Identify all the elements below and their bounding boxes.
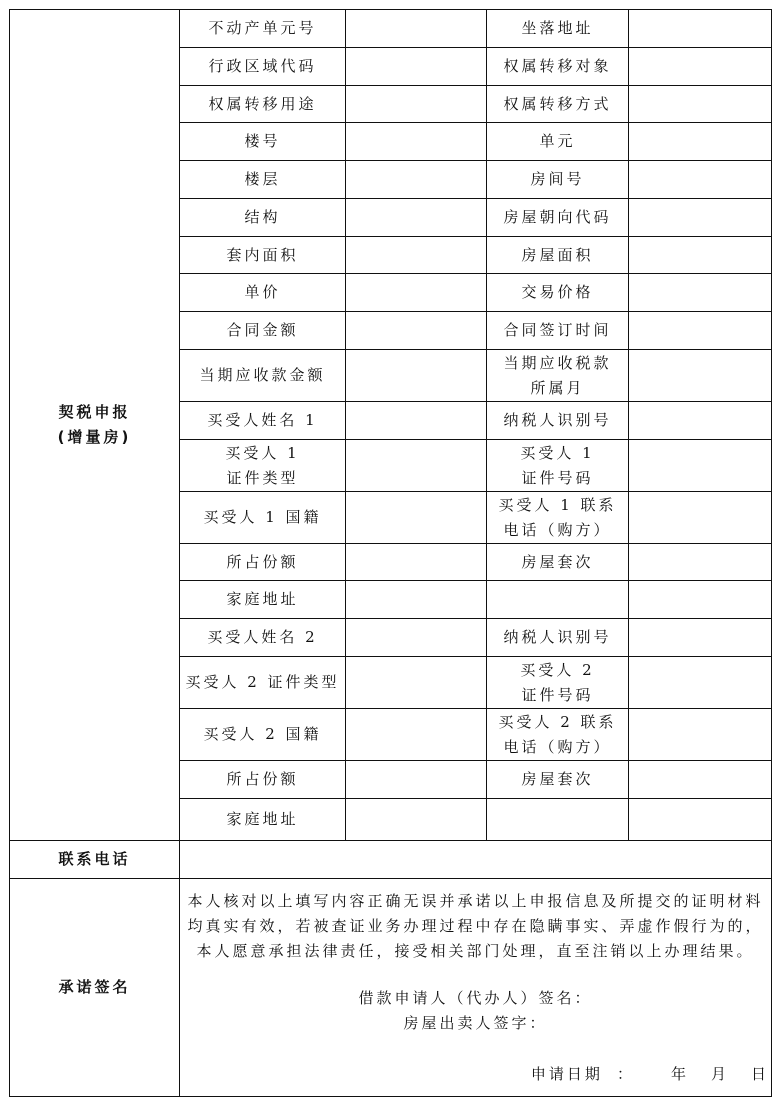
label-text: 楼号 xyxy=(244,132,280,150)
field-input-left[interactable] xyxy=(346,350,487,402)
field-label-left: 家庭地址 xyxy=(180,581,346,619)
field-label-right: 买受人 1 联系电话（购方） xyxy=(487,492,629,544)
field-input-left[interactable] xyxy=(346,799,487,841)
contact-phone-input[interactable] xyxy=(180,841,772,879)
field-input-left[interactable] xyxy=(346,440,487,492)
field-input-left[interactable] xyxy=(346,10,487,48)
field-input-left[interactable] xyxy=(346,161,487,199)
field-label-right: 权属转移对象 xyxy=(487,48,629,86)
field-input-left[interactable] xyxy=(346,581,487,619)
seller-signature-field[interactable]: 房屋出卖人签字： xyxy=(180,1011,771,1036)
pledge-content: 本人核对以上填写内容正确无误并承诺以上申报信息及所提交的证明材料均真实有效，若被… xyxy=(180,879,772,1097)
field-input-right[interactable] xyxy=(629,199,772,237)
year-label: 年 xyxy=(671,1062,689,1087)
field-label-right: 合同签订时间 xyxy=(487,312,629,350)
applicant-signature-field[interactable]: 借款申请人（代办人）签名： xyxy=(180,986,771,1011)
contact-phone-label-text: 联系电话 xyxy=(58,850,130,868)
field-input-left[interactable] xyxy=(346,619,487,657)
label-text: 不动产单元号 xyxy=(208,19,316,37)
field-label-right: 纳税人识别号 xyxy=(487,402,629,440)
field-input-left[interactable] xyxy=(346,709,487,761)
field-input-right[interactable] xyxy=(629,619,772,657)
field-label-right: 坐落地址 xyxy=(487,10,629,48)
contact-row: 联系电话 xyxy=(10,841,772,879)
field-label-right: 房间号 xyxy=(487,161,629,199)
field-label-left: 家庭地址 xyxy=(180,799,346,841)
label-text: 权属转移方式 xyxy=(503,95,611,113)
label-text: 行政区域代码 xyxy=(208,57,316,75)
label-text-line1: 买受人 1 联系 xyxy=(487,493,628,518)
field-input-right[interactable] xyxy=(629,161,772,199)
field-input-left[interactable] xyxy=(346,312,487,350)
label-text: 买受人姓名 2 xyxy=(207,628,317,646)
label-text: 合同签订时间 xyxy=(503,321,611,339)
field-label-right xyxy=(487,581,629,619)
label-text-line2: 证件号码 xyxy=(487,683,628,708)
field-input-right[interactable] xyxy=(629,350,772,402)
section-title-line1: 契税申报 xyxy=(10,400,179,425)
label-text-line1: 买受人 2 联系 xyxy=(487,710,628,735)
field-label-left: 当期应收款金额 xyxy=(180,350,346,402)
field-label-left: 所占份额 xyxy=(180,544,346,581)
field-input-right[interactable] xyxy=(629,312,772,350)
field-label-right: 买受人 2证件号码 xyxy=(487,657,629,709)
field-input-left[interactable] xyxy=(346,199,487,237)
label-text: 坐落地址 xyxy=(521,19,593,37)
label-text: 交易价格 xyxy=(521,283,593,301)
label-text: 房屋面积 xyxy=(521,246,593,264)
field-label-right: 房屋套次 xyxy=(487,761,629,799)
pledge-row: 承诺签名本人核对以上填写内容正确无误并承诺以上申报信息及所提交的证明材料均真实有… xyxy=(10,879,772,1097)
label-text: 家庭地址 xyxy=(226,590,298,608)
field-input-left[interactable] xyxy=(346,761,487,799)
field-label-left: 单价 xyxy=(180,274,346,312)
label-text-line1: 买受人 2 xyxy=(487,658,628,683)
section-deed-tax: 契税申报(增量房) xyxy=(10,10,180,841)
application-date[interactable]: 申请日期：年月日 xyxy=(180,1062,771,1087)
field-input-right[interactable] xyxy=(629,86,772,123)
month-label: 月 xyxy=(711,1062,729,1087)
field-input-right[interactable] xyxy=(629,761,772,799)
field-input-left[interactable] xyxy=(346,48,487,86)
label-text: 合同金额 xyxy=(226,321,298,339)
label-text: 楼层 xyxy=(244,170,280,188)
label-text: 单价 xyxy=(244,283,280,301)
date-colon: ： xyxy=(617,1062,635,1087)
field-label-left: 买受人 2 证件类型 xyxy=(180,657,346,709)
label-text: 买受人 2 证件类型 xyxy=(185,673,339,691)
field-input-right[interactable] xyxy=(629,657,772,709)
field-input-right[interactable] xyxy=(629,402,772,440)
label-text-line1: 买受人 1 xyxy=(487,441,628,466)
field-input-right[interactable] xyxy=(629,123,772,161)
field-input-left[interactable] xyxy=(346,237,487,274)
field-input-left[interactable] xyxy=(346,402,487,440)
field-label-left: 楼层 xyxy=(180,161,346,199)
form-row: 契税申报(增量房)不动产单元号坐落地址 xyxy=(10,10,772,48)
label-text: 套内面积 xyxy=(226,246,298,264)
field-input-left[interactable] xyxy=(346,86,487,123)
field-label-left: 行政区域代码 xyxy=(180,48,346,86)
field-input-left[interactable] xyxy=(346,544,487,581)
field-label-right: 权属转移方式 xyxy=(487,86,629,123)
field-label-right: 买受人 2 联系电话（购方） xyxy=(487,709,629,761)
field-input-right[interactable] xyxy=(629,10,772,48)
field-input-right[interactable] xyxy=(629,492,772,544)
label-text: 纳税人识别号 xyxy=(503,628,611,646)
field-label-right xyxy=(487,799,629,841)
label-text: 房屋朝向代码 xyxy=(503,208,611,226)
field-input-right[interactable] xyxy=(629,581,772,619)
spacer xyxy=(180,964,771,986)
field-input-right[interactable] xyxy=(629,709,772,761)
label-text: 结构 xyxy=(244,208,280,226)
label-text-line2: 电话（购方） xyxy=(487,518,628,543)
field-label-right: 当期应收税款所属月 xyxy=(487,350,629,402)
field-label-left: 买受人 1 国籍 xyxy=(180,492,346,544)
label-text-line2: 电话（购方） xyxy=(487,735,628,760)
field-label-right: 交易价格 xyxy=(487,274,629,312)
contact-phone-label: 联系电话 xyxy=(10,841,180,879)
section-title-line2: (增量房) xyxy=(10,425,179,450)
field-input-left[interactable] xyxy=(346,657,487,709)
field-input-right[interactable] xyxy=(629,274,772,312)
field-label-left: 结构 xyxy=(180,199,346,237)
label-text: 纳税人识别号 xyxy=(503,411,611,429)
field-input-right[interactable] xyxy=(629,799,772,841)
label-text: 买受人姓名 1 xyxy=(207,411,317,429)
label-text-line2: 证件号码 xyxy=(487,466,628,491)
field-label-left: 买受人姓名 1 xyxy=(180,402,346,440)
label-text: 房屋套次 xyxy=(521,553,593,571)
field-label-left: 买受人姓名 2 xyxy=(180,619,346,657)
deed-tax-declaration-form: 契税申报(增量房)不动产单元号坐落地址行政区域代码权属转移对象权属转移用途权属转… xyxy=(9,9,772,1097)
spacer xyxy=(180,1036,771,1062)
label-text: 房间号 xyxy=(530,170,584,188)
field-label-right: 房屋套次 xyxy=(487,544,629,581)
field-label-right: 房屋朝向代码 xyxy=(487,199,629,237)
label-text-line1: 当期应收税款 xyxy=(487,351,628,376)
field-label-left: 买受人 1证件类型 xyxy=(180,440,346,492)
label-text: 单元 xyxy=(539,132,575,150)
label-text: 房屋套次 xyxy=(521,770,593,788)
label-text-line2: 证件类型 xyxy=(180,466,345,491)
label-text: 所占份额 xyxy=(226,770,298,788)
field-label-right: 房屋面积 xyxy=(487,237,629,274)
date-label: 申请日期 xyxy=(531,1062,603,1087)
label-text: 买受人 1 国籍 xyxy=(203,508,321,526)
label-text: 所占份额 xyxy=(226,553,298,571)
field-input-right[interactable] xyxy=(629,48,772,86)
pledge-signature-label: 承诺签名 xyxy=(10,879,180,1097)
pledge-statement: 本人核对以上填写内容正确无误并承诺以上申报信息及所提交的证明材料均真实有效，若被… xyxy=(180,889,771,964)
pledge-label-text: 承诺签名 xyxy=(58,978,130,996)
day-label: 日 xyxy=(751,1062,769,1087)
field-input-left[interactable] xyxy=(346,492,487,544)
field-input-right[interactable] xyxy=(629,544,772,581)
field-input-left[interactable] xyxy=(346,123,487,161)
field-input-right[interactable] xyxy=(629,440,772,492)
field-label-left: 合同金额 xyxy=(180,312,346,350)
field-label-left: 楼号 xyxy=(180,123,346,161)
field-label-right: 买受人 1证件号码 xyxy=(487,440,629,492)
field-input-right[interactable] xyxy=(629,237,772,274)
label-text: 权属转移对象 xyxy=(503,57,611,75)
label-text: 当期应收款金额 xyxy=(199,366,325,384)
label-text: 买受人 2 国籍 xyxy=(203,725,321,743)
field-label-left: 不动产单元号 xyxy=(180,10,346,48)
field-label-left: 买受人 2 国籍 xyxy=(180,709,346,761)
label-text: 家庭地址 xyxy=(226,810,298,828)
field-label-left: 套内面积 xyxy=(180,237,346,274)
field-label-left: 所占份额 xyxy=(180,761,346,799)
field-label-right: 单元 xyxy=(487,123,629,161)
label-text: 权属转移用途 xyxy=(208,95,316,113)
field-label-right: 纳税人识别号 xyxy=(487,619,629,657)
field-label-left: 权属转移用途 xyxy=(180,86,346,123)
field-input-left[interactable] xyxy=(346,274,487,312)
label-text-line2: 所属月 xyxy=(487,376,628,401)
label-text-line1: 买受人 1 xyxy=(180,441,345,466)
